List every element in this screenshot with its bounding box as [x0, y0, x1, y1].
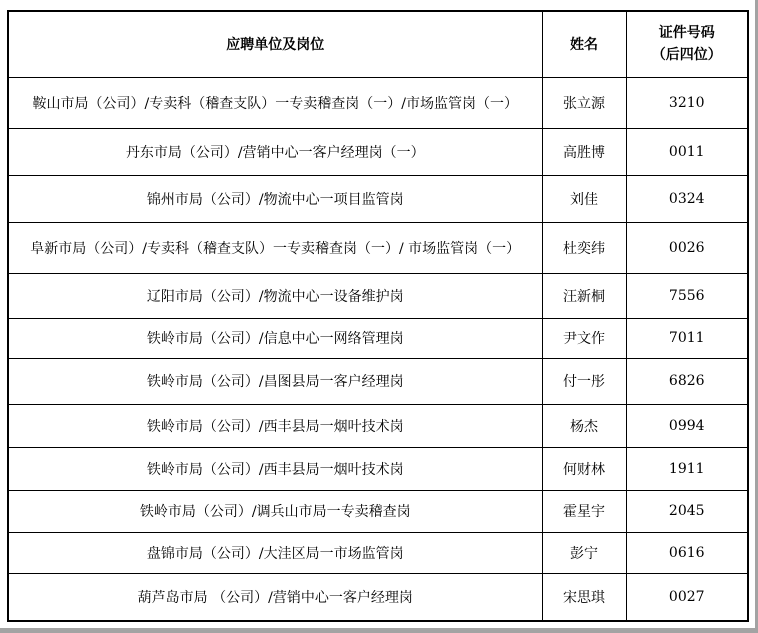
name-cell: 霍星宇 — [542, 490, 626, 532]
id-cell: 7556 — [626, 273, 748, 318]
id-cell: 0011 — [626, 128, 748, 175]
position-cell: 铁岭市局（公司）/昌图县局一客户经理岗 — [8, 358, 542, 404]
table-header: 应聘单位及岗位 姓名 证件号码 （后四位） — [8, 11, 748, 77]
position-cell: 葫芦岛市局 （公司）/营销中心一客户经理岗 — [8, 573, 542, 621]
table-row: 葫芦岛市局 （公司）/营销中心一客户经理岗 宋思琪 0027 — [8, 573, 748, 621]
name-cell: 刘佳 — [542, 175, 626, 222]
position-cell: 盘锦市局（公司）/大洼区局一市场监管岗 — [8, 532, 542, 573]
name-cell: 张立源 — [542, 77, 626, 128]
table-row: 丹东市局（公司）/营销中心一客户经理岗（一） 高胜博 0011 — [8, 128, 748, 175]
applicant-table: 应聘单位及岗位 姓名 证件号码 （后四位） 鞍山市局（公司）/专卖科（稽查支队）… — [7, 10, 749, 622]
header-row: 应聘单位及岗位 姓名 证件号码 （后四位） — [8, 11, 748, 77]
name-cell: 尹文作 — [542, 318, 626, 358]
table-row: 铁岭市局（公司）/西丰县局一烟叶技术岗 杨杰 0994 — [8, 404, 748, 447]
column-header-id-number: 证件号码 （后四位） — [626, 11, 748, 77]
id-cell: 1911 — [626, 447, 748, 490]
id-cell: 0324 — [626, 175, 748, 222]
id-cell: 3210 — [626, 77, 748, 128]
table-row: 铁岭市局（公司）/信息中心一网络管理岗 尹文作 7011 — [8, 318, 748, 358]
name-cell: 何财林 — [542, 447, 626, 490]
name-cell: 杨杰 — [542, 404, 626, 447]
position-cell: 丹东市局（公司）/营销中心一客户经理岗（一） — [8, 128, 542, 175]
window-edge-bottom — [0, 628, 758, 633]
id-cell: 0027 — [626, 573, 748, 621]
name-cell: 彭宁 — [542, 532, 626, 573]
table-body: 鞍山市局（公司）/专卖科（稽查支队）一专卖稽查岗（一）/市场监管岗（一） 张立源… — [8, 77, 748, 621]
table-row: 阜新市局（公司）/专卖科（稽查支队）一专卖稽查岗（一）/ 市场监管岗（一） 杜奕… — [8, 222, 748, 273]
name-cell: 高胜博 — [542, 128, 626, 175]
name-cell: 付一彤 — [542, 358, 626, 404]
name-cell: 宋思琪 — [542, 573, 626, 621]
id-cell: 7011 — [626, 318, 748, 358]
position-cell: 铁岭市局（公司）/西丰县局一烟叶技术岗 — [8, 404, 542, 447]
id-cell: 2045 — [626, 490, 748, 532]
id-cell: 0616 — [626, 532, 748, 573]
position-cell: 阜新市局（公司）/专卖科（稽查支队）一专卖稽查岗（一）/ 市场监管岗（一） — [8, 222, 542, 273]
table-row: 锦州市局（公司）/物流中心一项目监管岗 刘佳 0324 — [8, 175, 748, 222]
name-cell: 汪新桐 — [542, 273, 626, 318]
table-row: 铁岭市局（公司）/西丰县局一烟叶技术岗 何财林 1911 — [8, 447, 748, 490]
column-header-id-line2: （后四位） — [631, 44, 744, 66]
position-cell: 铁岭市局（公司）/信息中心一网络管理岗 — [8, 318, 542, 358]
position-cell: 铁岭市局（公司）/调兵山市局一专卖稽查岗 — [8, 490, 542, 532]
document-page: 应聘单位及岗位 姓名 证件号码 （后四位） 鞍山市局（公司）/专卖科（稽查支队）… — [0, 0, 758, 633]
position-cell: 辽阳市局（公司）/物流中心一设备维护岗 — [8, 273, 542, 318]
table-row: 铁岭市局（公司）/调兵山市局一专卖稽查岗 霍星宇 2045 — [8, 490, 748, 532]
id-cell: 6826 — [626, 358, 748, 404]
table-row: 鞍山市局（公司）/专卖科（稽查支队）一专卖稽查岗（一）/市场监管岗（一） 张立源… — [8, 77, 748, 128]
position-cell: 鞍山市局（公司）/专卖科（稽查支队）一专卖稽查岗（一）/市场监管岗（一） — [8, 77, 542, 128]
column-header-id-line1: 证件号码 — [631, 22, 744, 44]
table-row: 盘锦市局（公司）/大洼区局一市场监管岗 彭宁 0616 — [8, 532, 748, 573]
table-row: 铁岭市局（公司）/昌图县局一客户经理岗 付一彤 6826 — [8, 358, 748, 404]
id-cell: 0994 — [626, 404, 748, 447]
column-header-name: 姓名 — [542, 11, 626, 77]
table-row: 辽阳市局（公司）/物流中心一设备维护岗 汪新桐 7556 — [8, 273, 748, 318]
name-cell: 杜奕纬 — [542, 222, 626, 273]
column-header-position: 应聘单位及岗位 — [8, 11, 542, 77]
id-cell: 0026 — [626, 222, 748, 273]
position-cell: 铁岭市局（公司）/西丰县局一烟叶技术岗 — [8, 447, 542, 490]
position-cell: 锦州市局（公司）/物流中心一项目监管岗 — [8, 175, 542, 222]
